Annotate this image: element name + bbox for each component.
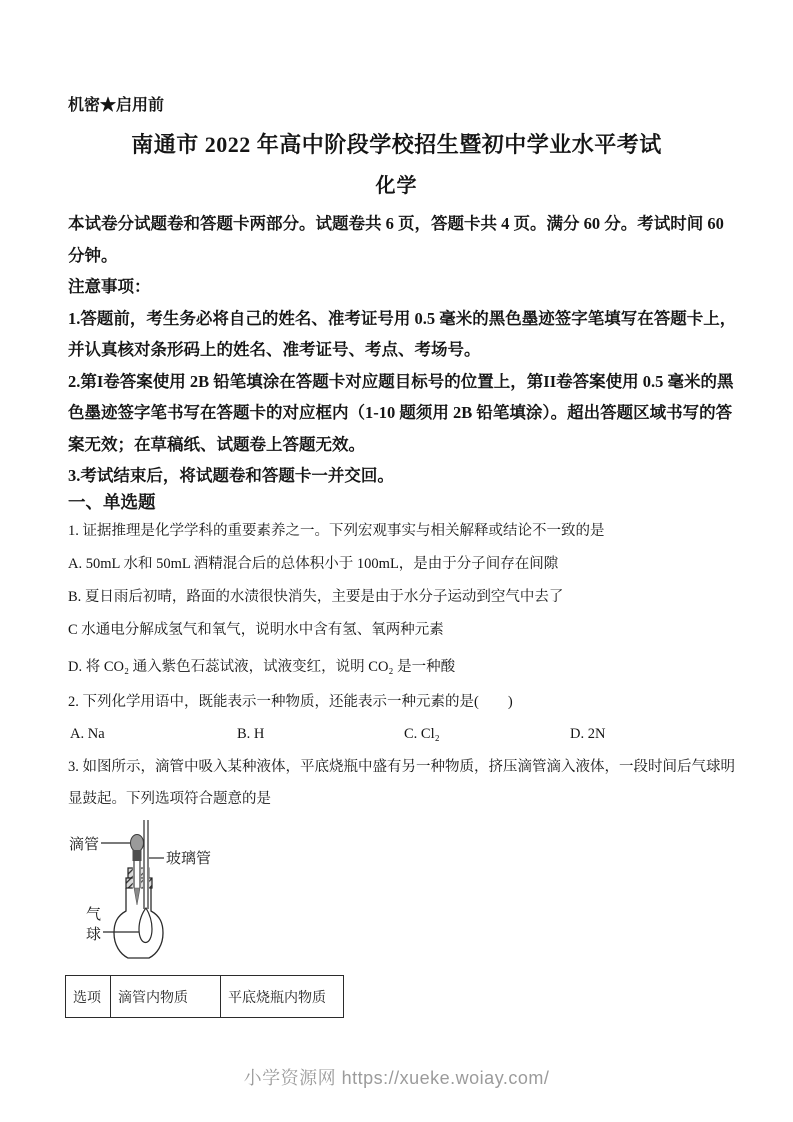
question-2-option-a: A. Na [70,724,105,744]
dropper-collar [133,850,142,861]
instructions-block: 本试卷分试题卷和答题卡两部分。试题卷共 6 页，答题卡共 4 页。满分 60 分… [68,208,740,492]
q3-table-header-flask-substance: 平底烧瓶内物质 [221,976,344,1018]
exam-title: 南通市 2022 年高中阶段学校招生暨初中学业水平考试 [0,128,793,159]
balloon-label-bottom: 球 [86,926,101,943]
note-2-line-2: 色墨迹签字笔书写在答题卡的对应框内（1-10 题须用 2B 铅笔填涂）。超出答题… [68,397,740,429]
question-2-options-row: A. Na B. H C. Cl₂ D. 2N [0,724,793,744]
note-3: 3.考试结束后，将试题卷和答题卡一并交回。 [68,460,740,492]
question-2-option-b: B. H [237,724,264,744]
balloon-label-top: 气 [86,906,101,923]
question-3-stem-line-1: 3. 如图所示，滴管中吸入某种液体，平底烧瓶中盛有另一种物质，挤压滴管滴入液体，… [68,757,735,777]
exam-subject: 化学 [0,169,793,198]
note-1-line-1: 1.答题前，考生务必将自己的姓名、准考证号用 0.5 毫米的黑色墨迹签字笔填写在… [68,303,740,335]
apparatus-diagram: 滴管 玻璃管 气 球 [68,813,228,963]
question-1-option-c: C 水通电分解成氢气和氧气，说明水中含有氢、氧两种元素 [68,620,444,640]
confidential-label: 机密★启用前 [68,92,164,115]
q3-table-header-row: 选项 滴管内物质 平底烧瓶内物质 [66,976,344,1018]
dropper-label: 滴管 [69,836,99,853]
glass-tube-label: 玻璃管 [166,850,211,867]
section-heading: 一、单选题 [68,489,156,514]
intro-line-1: 本试卷分试题卷和答题卡两部分。试题卷共 6 页，答题卡共 4 页。满分 60 分… [68,208,740,240]
question-2-option-c: C. Cl₂ [404,724,440,744]
question-1-option-b: B. 夏日雨后初晴，路面的水渍很快消失，主要是由于水分子运动到空气中去了 [68,587,563,607]
question-1-stem: 1. 证据推理是化学学科的重要素养之一。下列宏观事实与相关解释或结论不一致的是 [68,521,605,541]
note-2-line-1: 2.第I卷答案使用 2B 铅笔填涂在答题卡对应题目标号的位置上，第II卷答案使用… [68,366,740,398]
notes-heading: 注意事项： [68,271,740,303]
question-2-stem: 2. 下列化学用语中，既能表示一种物质，还能表示一种元素的是( ) [68,692,513,712]
question-3-stem-line-2: 显鼓起。下列选项符合题意的是 [68,789,271,809]
dropper-bulb [131,835,144,852]
footer-credit: 小学资源网 https://xueke.woiay.com/ [0,1064,793,1090]
flask-shape [114,888,163,958]
q3-table-header-dropper-substance: 滴管内物质 [111,976,221,1018]
note-1-line-2: 并认真核对条形码上的姓名、准考证号、考点、考场号。 [68,334,740,366]
question-1-option-d: D. 将 CO₂ 通入紫色石蕊试液，试液变红，说明 CO₂ 是一种酸 [68,657,455,677]
question-2-option-d: D. 2N [570,724,605,744]
q3-table-header-option: 选项 [66,976,111,1018]
note-2-line-3: 案无效；在草稿纸、试题卷上答题无效。 [68,429,740,461]
q3-table: 选项 滴管内物质 平底烧瓶内物质 [65,975,344,1018]
question-1-option-a: A. 50mL 水和 50mL 酒精混合后的总体积小于 100mL，是由于分子间… [68,554,558,574]
intro-line-2: 分钟。 [68,240,740,272]
